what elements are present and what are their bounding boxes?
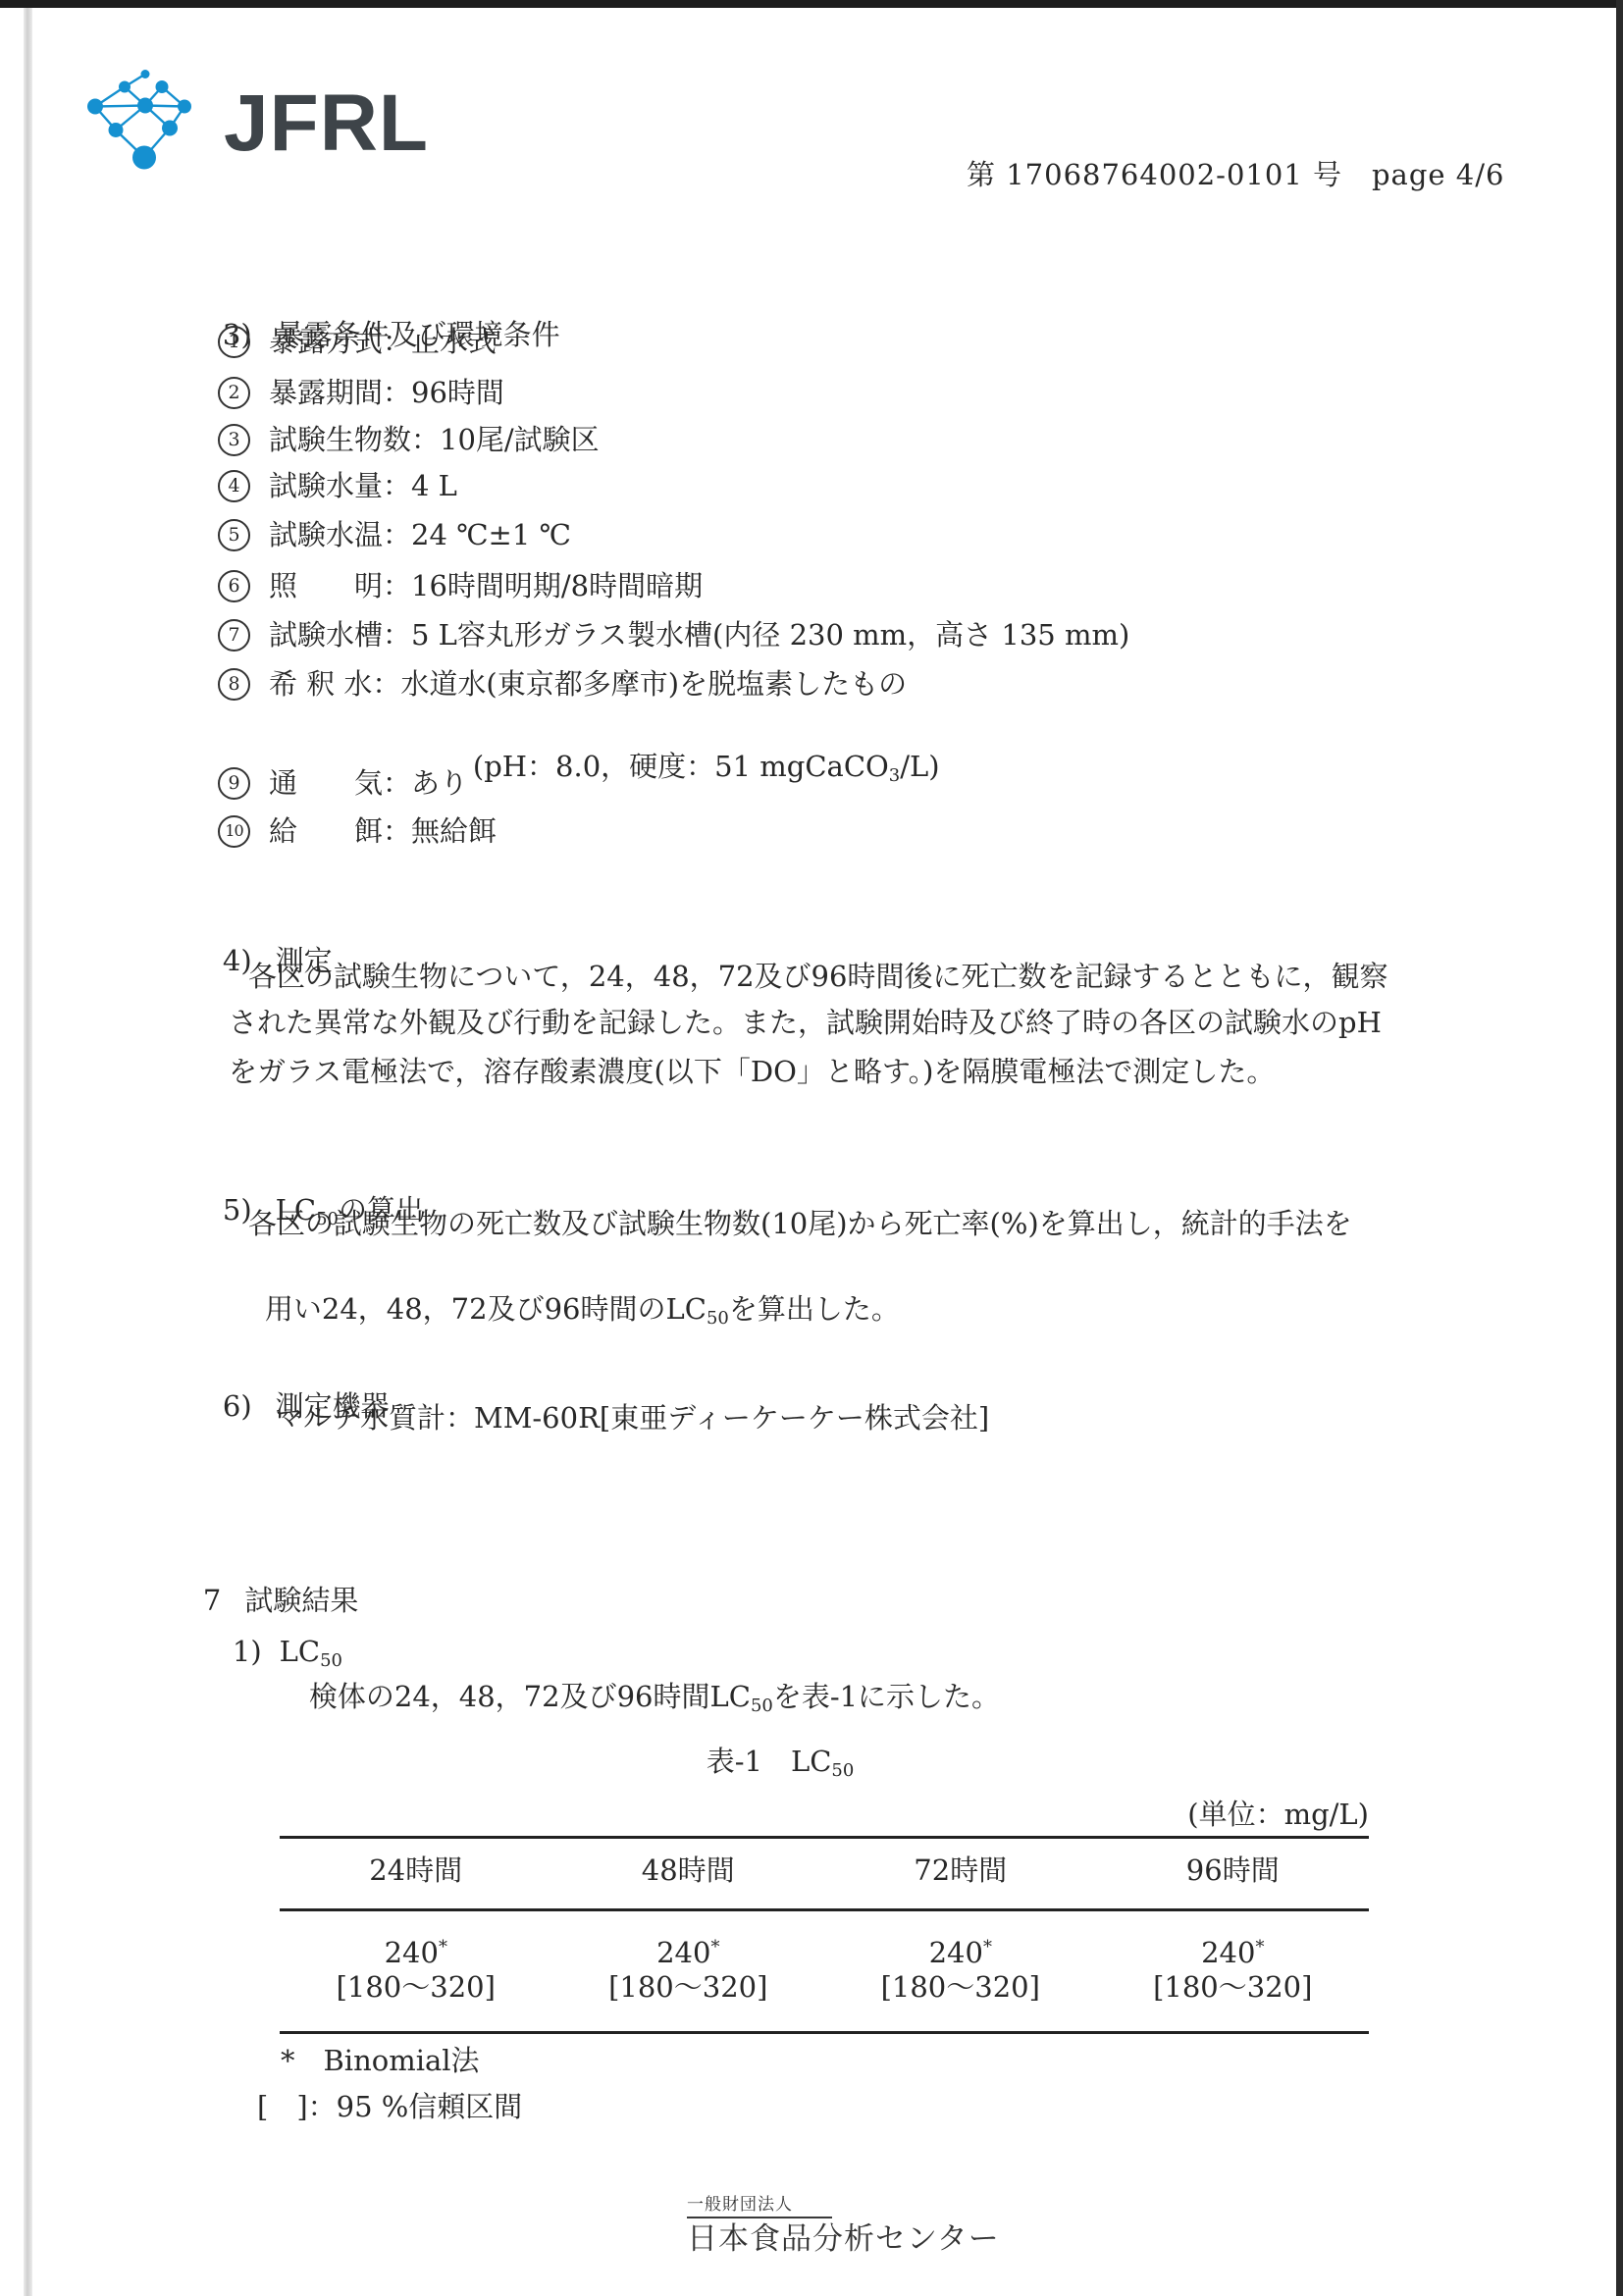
list-item: 10 給 餌：無給餌 (218, 813, 497, 849)
circled-number: 8 (218, 668, 250, 701)
section-4-text-line: をガラス電極法で，溶存酸素濃度(以下「DO」と略す。)を隔膜電極法で測定した。 (229, 1054, 1275, 1089)
table-cell-value: 240* (824, 1930, 1097, 1970)
footer-org-type: 一般財団法人 (687, 2194, 832, 2218)
table-header-cell: 72時間 (824, 1852, 1097, 1888)
scan-edge-left (24, 8, 32, 2296)
jfa-footer-logo: 一般財団法人 日本食品分析センター (687, 2194, 1000, 2258)
table-header-cell: 24時間 (280, 1852, 552, 1888)
jfrl-logo: JFRL (83, 61, 429, 177)
circled-number: 7 (218, 619, 250, 652)
table-footnote-ci: [ ]：95 %信頼区間 (257, 2089, 522, 2124)
table-cell-range: [180〜320] (1097, 1969, 1370, 2005)
superscript: * (1255, 1937, 1264, 1957)
table-unit-label: (単位：mg/L) (280, 1797, 1369, 1832)
footer-org-name: 日本食品分析センター (687, 2220, 1000, 2258)
circled-number: 4 (218, 470, 250, 502)
table-range-row: [180〜320] [180〜320] [180〜320] [180〜320] (280, 1969, 1369, 2005)
item-8-note: (pH：8.0，硬度：51 mgCaCO3/L) (437, 713, 940, 829)
section-6-text-line: マルチ水質計：MM-60R[東亜ディーケーケー株式会社] (275, 1400, 989, 1435)
subscript: 50 (707, 1308, 729, 1329)
circled-number: 3 (218, 424, 250, 456)
subscript: 3 (889, 765, 900, 786)
table-cell-value: 240* (552, 1930, 825, 1970)
table-cell-range: [180〜320] (552, 1969, 825, 2005)
list-item: 5 試験水温：24 ℃±1 ℃ (218, 517, 571, 552)
section-5-text-line: 各区の試験生物の死亡数及び試験生物数(10尾)から死亡率(%)を算出し，統計的手… (248, 1206, 1352, 1241)
section-6-number: 6) (223, 1389, 252, 1423)
section-4-text-line: された異常な外観及び行動を記録した。また，試験開始時及び終了時の各区の試験水のp… (229, 1005, 1382, 1040)
table-header-cell: 96時間 (1097, 1852, 1370, 1888)
superscript: * (439, 1937, 447, 1957)
scan-edge-right (1616, 0, 1623, 2296)
table-cell-range: [180〜320] (280, 1969, 552, 2005)
molecule-network-icon (83, 61, 216, 177)
list-item: 3 試験生物数：10尾/試験区 (218, 422, 600, 457)
circled-number: 10 (218, 815, 250, 848)
subscript: 50 (751, 1696, 773, 1716)
section-4-text-line: 各区の試験生物について，24，48，72及び96時間後に死亡数を記録するとともに… (248, 959, 1387, 994)
table-rule-top (280, 1836, 1369, 1839)
circled-number: 6 (218, 570, 250, 602)
table-header-cell: 48時間 (552, 1852, 825, 1888)
table-cell-value: 240* (280, 1930, 552, 1970)
superscript: * (983, 1937, 992, 1957)
list-item: 8 希 釈 水：水道水(東京都多摩市)を脱塩素したもの (218, 666, 907, 702)
circled-number: 2 (218, 377, 250, 409)
superscript: * (710, 1937, 719, 1957)
list-item: 7 試験水槽：5 L容丸形ガラス製水槽(内径 230 mm，高さ 135 mm) (218, 617, 1129, 652)
circled-number: 9 (218, 767, 250, 800)
circled-number: 1 (218, 326, 250, 358)
document-number: 第 17068764002-0101 号 page 4/6 (967, 157, 1504, 192)
list-item: 2 暴露期間：96時間 (218, 375, 504, 410)
table-rule-middle (280, 1908, 1369, 1911)
table-title: 表-1 LC50 (236, 1744, 1325, 1789)
list-item: 9 通 気：あり (218, 765, 468, 801)
table-value-row: 240* 240* 240* 240* (280, 1930, 1369, 1970)
section-7-text-line: 検体の24，48，72及び96時間LC50を表-1に示した。 (273, 1644, 1000, 1759)
jfrl-logo-text: JFRL (224, 75, 429, 173)
list-item: 6 照 明：16時間明期/8時間暗期 (218, 568, 703, 603)
table-cell-range: [180〜320] (824, 1969, 1097, 2005)
list-item: 1 暴露方式：止水式 (218, 324, 497, 359)
subscript: 50 (831, 1760, 854, 1781)
table-rule-bottom (280, 2031, 1369, 2034)
table-header-row: 24時間 48時間 72時間 96時間 (280, 1852, 1369, 1888)
table-cell-value: 240* (1097, 1930, 1370, 1970)
table-footnote-binomial: * Binomial法 (281, 2043, 480, 2078)
scanned-report-page: JFRL 第 17068764002-0101 号 page 4/6 3)暴露条… (0, 0, 1623, 2296)
scan-edge-top (0, 0, 1623, 8)
circled-number: 5 (218, 519, 250, 551)
list-item: 4 試験水量：4 L (218, 468, 457, 503)
